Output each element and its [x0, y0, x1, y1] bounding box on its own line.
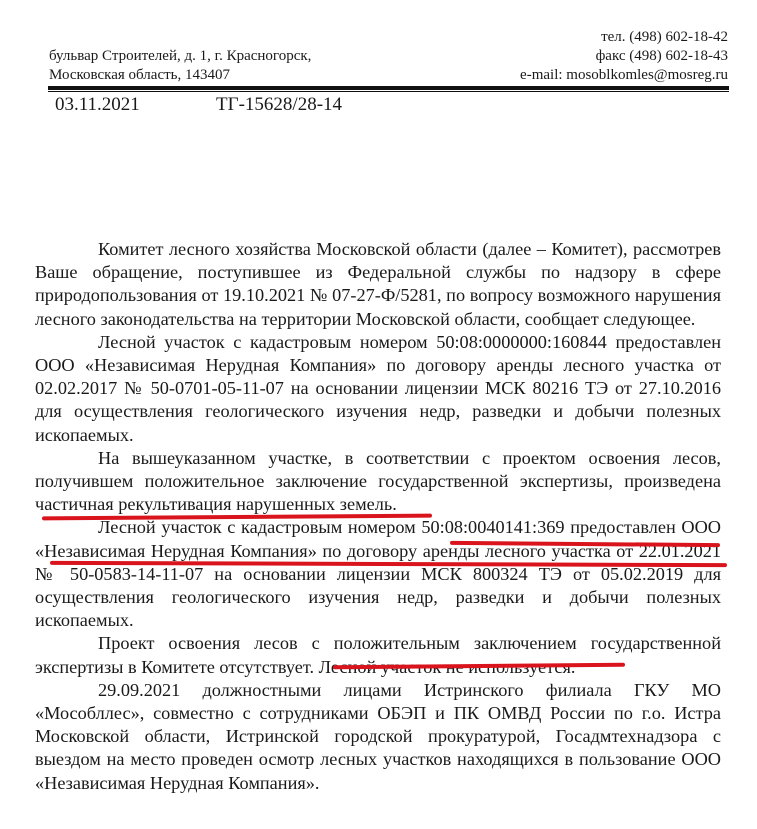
- paragraph: Лесной участок с кадастровым номером 50:…: [35, 331, 721, 447]
- header-divider: [48, 86, 729, 90]
- letter-reference: ТГ-15628/28-14: [216, 94, 342, 116]
- paragraph: Комитет лесного хозяйства Московской обл…: [35, 238, 721, 331]
- fax: факс (498) 602-18-43: [520, 47, 728, 66]
- paragraph: Проект освоения лесов с положительным за…: [35, 632, 721, 678]
- phone: тел. (498) 602-18-42: [520, 28, 728, 47]
- address-line: Московская область, 143407: [49, 66, 311, 85]
- paragraph: Лесной участок с кадастровым номером 50:…: [35, 516, 721, 632]
- header-divider-thin: [48, 91, 729, 92]
- sender-contacts: тел. (498) 602-18-42 факс (498) 602-18-4…: [520, 28, 728, 85]
- letter-date: 03.11.2021: [55, 94, 140, 116]
- email: e-mail: mosoblkomles@mosreg.ru: [520, 66, 728, 85]
- sender-address: бульвар Строителей, д. 1, г. Красногорск…: [49, 47, 311, 85]
- paragraph: На вышеуказанном участке, в соответствии…: [35, 447, 721, 517]
- paragraph: 29.09.2021 должностными лицами Истринско…: [35, 679, 721, 795]
- address-line: бульвар Строителей, д. 1, г. Красногорск…: [49, 47, 311, 66]
